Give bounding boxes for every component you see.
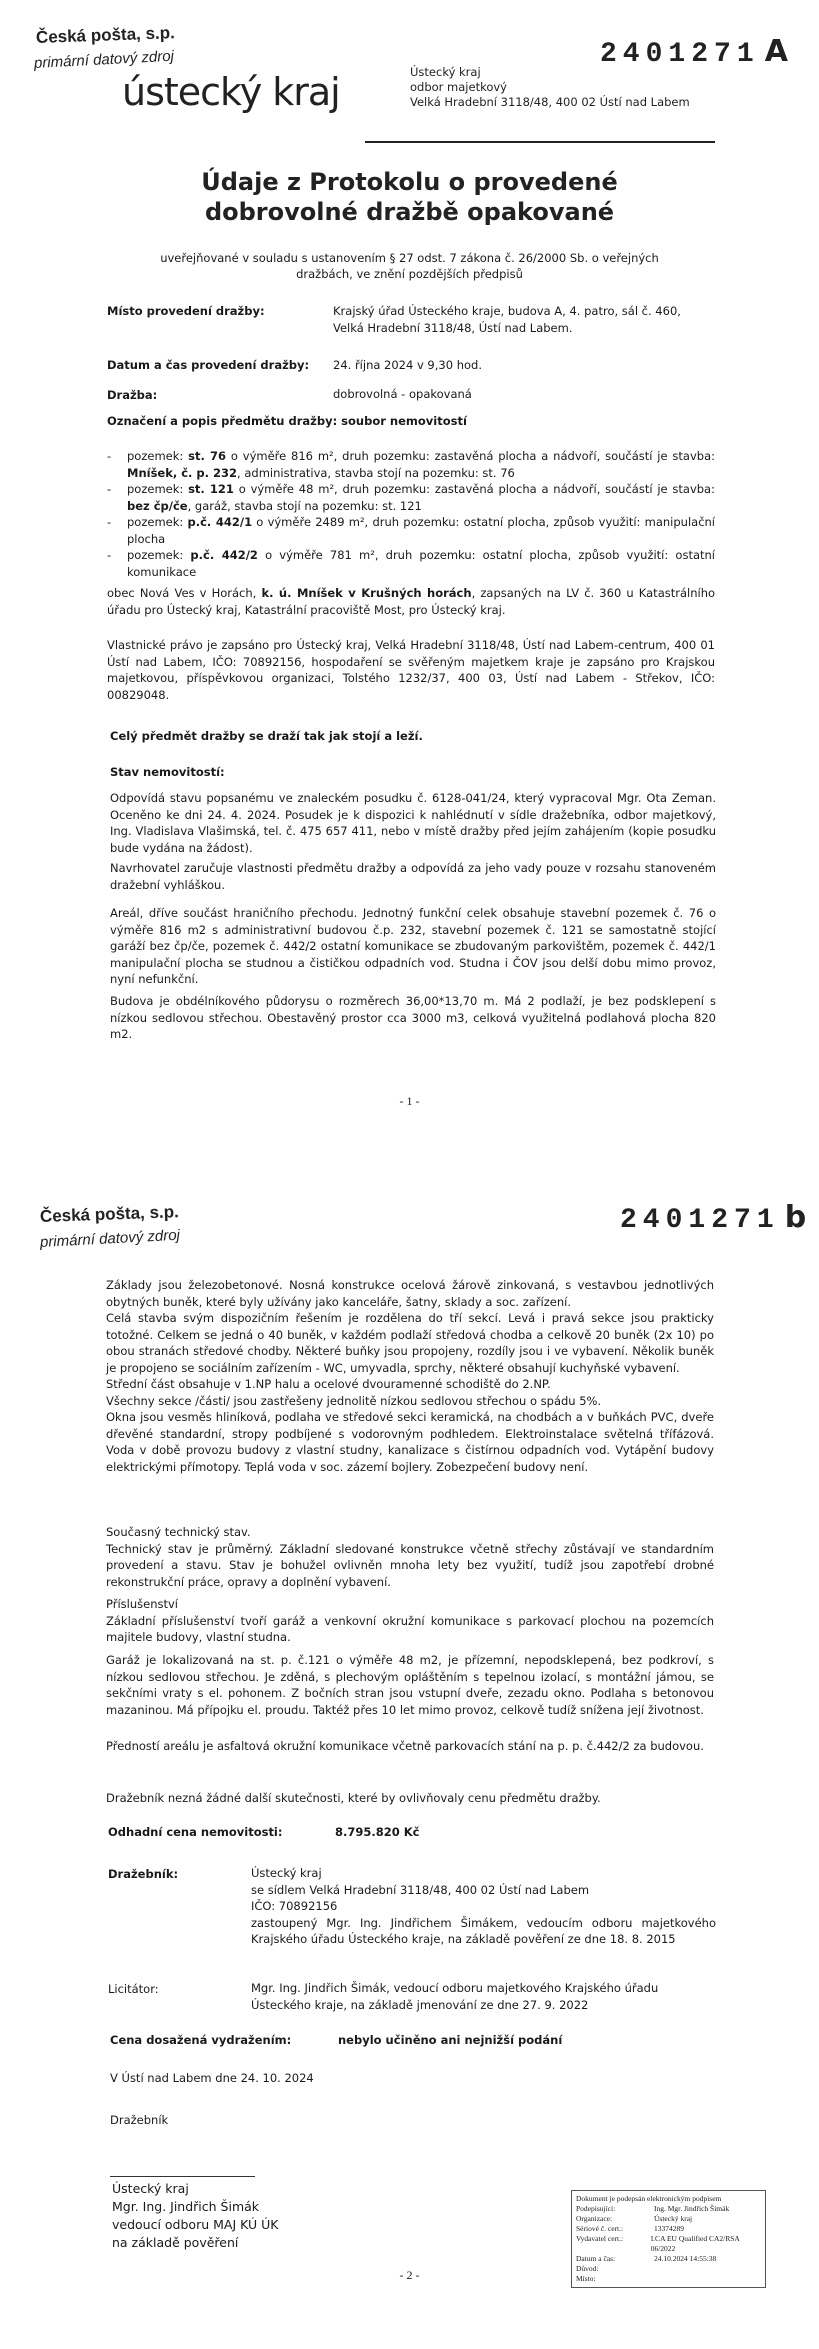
property-item-text: Mníšek, č. p. 232 [127, 466, 237, 480]
place-date: V Ústí nad Labem dne 24. 10. 2024 [110, 2070, 314, 2087]
text-line: Okna jsou vesměs hliníková, podlaha ve s… [106, 1409, 714, 1475]
esig-value: 13374289 [654, 2224, 684, 2234]
signatory-line: Mgr. Ing. Jindřich Šimák [112, 2198, 278, 2216]
signatory-block: Ústecký kraj Mgr. Ing. Jindřich Šimák ve… [112, 2180, 278, 2252]
condition-paragraph: Odpovídá stavu popsanému ve znaleckém po… [110, 790, 716, 856]
text-line: Střední část obsahuje v 1.NP halu a ocel… [106, 1376, 714, 1393]
auctioneer-details: Ústecký kraj se sídlem Velká Hradební 31… [251, 1865, 716, 1948]
technical-state: Současný technický stav. Technický stav … [106, 1524, 714, 1590]
condition-paragraph: Areál, dříve součást hraničního přechodu… [110, 905, 716, 988]
property-item-text: , garáž, stavba stojí na pozemku: st. 12… [188, 499, 422, 513]
post-header-sub: primární datový zdroj [40, 1227, 181, 1251]
esig-row: Organizace:Ústecký kraj [576, 2214, 761, 2224]
office-line: Ústecký kraj [410, 65, 690, 80]
place-value: Krajský úřad Ústeckého kraje, budova A, … [333, 303, 693, 336]
esig-key: Organizace: [576, 2214, 654, 2224]
property-item-text: st. 121 [188, 482, 234, 496]
esig-row: Vydavatel cert.:I.CA EU Qualified CA2/RS… [576, 2234, 761, 2254]
place-label: Místo provedení dražby: [107, 304, 265, 318]
text-line: Základy jsou železobetonové. Nosná konst… [106, 1277, 714, 1310]
technical-state-heading: Současný technický stav. [106, 1524, 714, 1541]
esig-row: Podepisující:Ing. Mgr. Jindřich Šimák [576, 2204, 761, 2214]
post-header-name: Česká pošta, s.p. [40, 1202, 180, 1227]
office-line: odbor majetkový [410, 80, 690, 95]
text-line: Všechny sekce /části/ jsou zastřešeny je… [106, 1393, 714, 1410]
no-other-facts: Dražebník nezná žádné další skutečnosti,… [106, 1790, 714, 1807]
property-item-text: pozemek: [127, 482, 188, 496]
technical-state-text: Technický stav je průměrný. Základní sle… [106, 1541, 714, 1591]
property-item-text: p.č. 442/1 [188, 515, 253, 529]
page-subtitle: uveřejňované v souladu s ustanovením § 2… [0, 250, 819, 282]
property-item-text: pozemek: [127, 515, 188, 529]
subject-heading: Označení a popis předmětu dražby: soubor… [107, 414, 467, 428]
property-location: obec Nová Ves v Horách, k. ú. Mníšek v K… [107, 585, 715, 618]
esig-value: 24.10.2024 14:55:38 [654, 2254, 716, 2264]
office-line: Velká Hradební 3118/48, 400 02 Ústí nad … [410, 95, 690, 110]
stamp-letter: b [785, 1200, 806, 1235]
price-value: 8.795.820 Kč [335, 1825, 419, 1839]
accessories: Příslušenství Základní příslušenství tvo… [106, 1596, 714, 1646]
signatory-line: vedoucí odboru MAJ KÚ ÚK [112, 2216, 278, 2234]
datetime-label: Datum a čas provedení dražby: [107, 358, 309, 372]
document-stamp: 2401271 b [620, 1200, 806, 1236]
type-label: Dražba: [107, 388, 157, 402]
property-item-text: o výměře 816 m², druh pozemku: zastavěná… [226, 449, 715, 463]
auctioneer-line: Ústecký kraj [251, 1865, 716, 1882]
property-item-text: , administrativa, stavba stojí na pozemk… [237, 466, 515, 480]
auctioneer-line: se sídlem Velká Hradební 3118/48, 400 02… [251, 1882, 716, 1899]
cadastral-area: k. ú. Mníšek v Krušných horách [261, 586, 471, 600]
property-item-text: pozemek: [127, 548, 190, 562]
office-address: Ústecký kraj odbor majetkový Velká Hrade… [410, 65, 690, 110]
esig-key: Sériové č. cert.: [576, 2224, 654, 2234]
ustecky-kraj-logo: ústecký kraj [122, 70, 340, 114]
property-item: pozemek: p.č. 442/1 o výměře 2489 m², dr… [107, 514, 715, 547]
post-header-name: Česká pošta, s.p. [36, 23, 176, 48]
signature-role: Dražebník [110, 2112, 168, 2129]
esig-row: Datum a čas:24.10.2024 14:55:38 [576, 2254, 761, 2264]
title-line-2: dobrovolné dražbě opakované [0, 197, 819, 227]
ownership-paragraph: Vlastnické právo je zapsáno pro Ústecký … [107, 637, 715, 703]
subtitle-line-2: dražbách, ve znění pozdějších předpisů [0, 266, 819, 282]
page-title: Údaje z Protokolu o provedené dobrovolné… [0, 167, 819, 227]
accessories-heading: Příslušenství [106, 1596, 714, 1613]
datetime-value: 24. října 2024 v 9,30 hod. [333, 357, 482, 374]
advantages-paragraph: Předností areálu je asfaltová okružní ko… [106, 1738, 714, 1755]
location-pre: obec Nová Ves v Horách, [107, 586, 261, 600]
as-is-statement: Celý předmět dražby se draží tak jak sto… [110, 729, 423, 743]
property-list: pozemek: st. 76 o výměře 816 m², druh po… [107, 448, 715, 580]
property-item: pozemek: p.č. 442/2 o výměře 781 m², dru… [107, 547, 715, 580]
esig-value: Ing. Mgr. Jindřich Šimák [654, 2204, 729, 2214]
property-item-text: st. 76 [188, 449, 226, 463]
header-divider [365, 141, 715, 143]
signatory-line: na základě pověření [112, 2234, 278, 2252]
auctioneer-line: IČO: 70892156 [251, 1898, 716, 1915]
esig-value: Ústecký kraj [654, 2214, 692, 2224]
signature-line [110, 2176, 255, 2177]
esig-row: Sériové č. cert.:13374289 [576, 2224, 761, 2234]
esig-header: Dokument je podepsán elektronickým podpi… [576, 2194, 761, 2204]
esig-key: Vydavatel cert.: [576, 2234, 651, 2254]
property-item-text: bez čp/če [127, 499, 188, 513]
esig-value: I.CA EU Qualified CA2/RSA 06/2022 [651, 2234, 761, 2254]
esig-key: Podepisující: [576, 2204, 654, 2214]
page-number: - 2 - [0, 2268, 819, 2283]
property-item: pozemek: st. 76 o výměře 816 m², druh po… [107, 448, 715, 481]
property-item-text: p.č. 442/2 [190, 548, 258, 562]
licitator-label: Licitátor: [108, 1982, 159, 1996]
title-line-1: Údaje z Protokolu o provedené [0, 167, 819, 197]
result-label: Cena dosažená vydražením: [110, 2033, 291, 2047]
type-value: dobrovolná - opakovaná [333, 386, 472, 403]
stamp-number: 2401271 [620, 1205, 780, 1236]
price-label: Odhadní cena nemovitosti: [108, 1825, 282, 1839]
garage-paragraph: Garáž je lokalizovaná na st. p. č.121 o … [106, 1652, 714, 1718]
condition-paragraph: Navrhovatel zaručuje vlastnosti předmětu… [110, 860, 716, 893]
text-line: Celá stavba svým dispozičním řešením je … [106, 1310, 714, 1376]
condition-heading: Stav nemovitostí: [110, 765, 225, 779]
construction-paragraph: Základy jsou železobetonové. Nosná konst… [106, 1277, 714, 1475]
result-value: nebylo učiněno ani nejnižší podání [338, 2033, 562, 2047]
property-item: pozemek: st. 121 o výměře 48 m², druh po… [107, 481, 715, 514]
auctioneer-label: Dražebník: [108, 1867, 178, 1881]
page-number: - 1 - [0, 1094, 819, 1109]
subtitle-line-1: uveřejňované v souladu s ustanovením § 2… [0, 250, 819, 266]
licitator-value: Mgr. Ing. Jindřich Šimák, vedoucí odboru… [251, 1980, 716, 2013]
property-item-text: pozemek: [127, 449, 188, 463]
auctioneer-line: zastoupený Mgr. Ing. Jindřichem Šimákem,… [251, 1915, 716, 1948]
signatory-line: Ústecký kraj [112, 2180, 278, 2198]
accessories-text: Základní příslušenství tvoří garáž a ven… [106, 1613, 714, 1646]
post-header-sub: primární datový zdroj [34, 48, 175, 72]
esig-key: Datum a čas: [576, 2254, 654, 2264]
condition-paragraph: Budova je obdélníkového půdorysu o rozmě… [110, 993, 716, 1043]
property-item-text: o výměře 48 m², druh pozemku: zastavěná … [234, 482, 715, 496]
stamp-letter: A [765, 34, 788, 69]
